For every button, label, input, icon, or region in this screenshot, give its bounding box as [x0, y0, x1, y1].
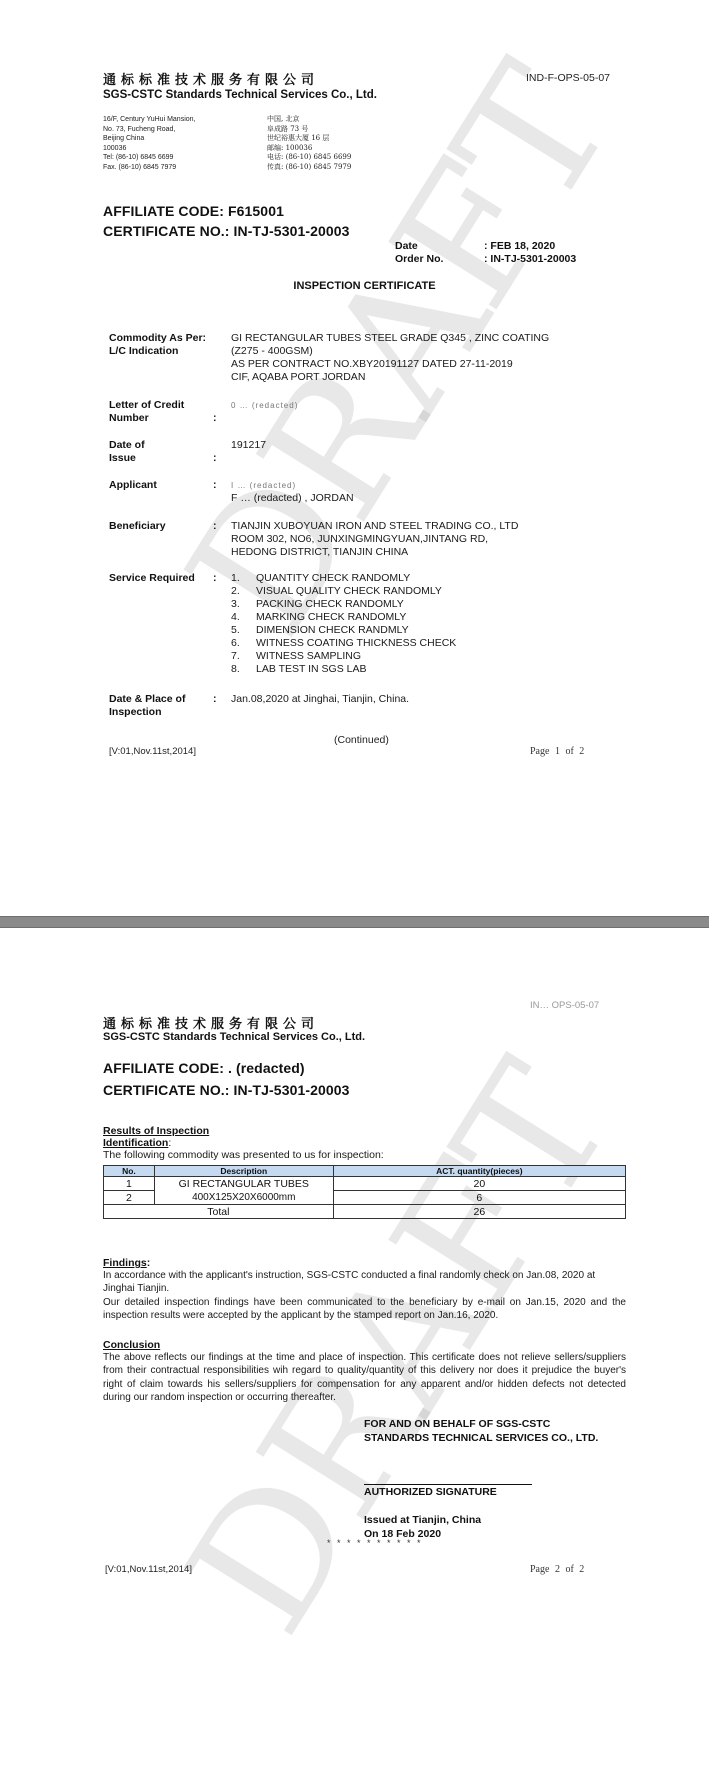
colon: :: [213, 412, 217, 424]
page-number: Page 1 of 2: [530, 746, 584, 757]
column-header-quantity: ACT. quantity(pieces): [333, 1166, 625, 1177]
value-line: TIANJIN XUBOYUAN IRON AND STEEL TRADING …: [231, 520, 518, 533]
issued-place: Issued at Tianjin, China: [364, 1514, 481, 1528]
applicant-line-redacted: I … (redacted): [231, 479, 354, 492]
conclusion-paragraph: The above reflects our findings at the t…: [103, 1351, 626, 1404]
service-text: WITNESS COATING THICKNESS CHECK: [256, 637, 456, 649]
service-item: 2.VISUAL QUALITY CHECK RANDOMLY: [231, 585, 456, 598]
cell-no: 2: [104, 1191, 155, 1205]
conclusion-section: Conclusion The above reflects our findin…: [103, 1339, 626, 1404]
company-name-english: SGS-CSTC Standards Technical Services Co…: [103, 1031, 365, 1043]
results-table: No. Description ACT. quantity(pieces) 1 …: [103, 1165, 626, 1219]
document-title: INSPECTION CERTIFICATE: [0, 280, 709, 292]
date-of-issue-label: Date of Issue: [109, 439, 145, 465]
colon: :: [213, 479, 217, 491]
service-text: VISUAL QUALITY CHECK RANDOMLY: [256, 585, 442, 597]
service-text: WITNESS SAMPLING: [256, 650, 361, 662]
certificate-number: CERTIFICATE NO.: IN-TJ-5301-20003: [103, 223, 350, 239]
conclusion-heading: Conclusion: [103, 1339, 626, 1351]
service-number: 5.: [231, 624, 256, 637]
beneficiary-value: TIANJIN XUBOYUAN IRON AND STEEL TRADING …: [231, 520, 518, 559]
address-line: 邮编: 100036: [267, 144, 351, 154]
service-number: 3.: [231, 598, 256, 611]
value-line: (Z275 - 400GSM): [231, 345, 549, 358]
letter-of-credit-label: Letter of Credit Number: [109, 399, 184, 425]
address-line: 中国, 北京: [267, 115, 351, 125]
colon: :: [213, 452, 217, 464]
service-item: 1.QUANTITY CHECK RANDOMLY: [231, 572, 456, 585]
identification-intro: The following commodity was presented to…: [103, 1149, 384, 1161]
authorized-signature-label: AUTHORIZED SIGNATURE: [364, 1486, 497, 1500]
column-header-no: No.: [104, 1166, 155, 1177]
behalf-line: FOR AND ON BEHALF OF SGS-CSTC: [364, 1418, 598, 1432]
address-line: 电话: (86-10) 6845 6699: [267, 153, 351, 163]
table-header-row: No. Description ACT. quantity(pieces): [104, 1166, 626, 1177]
service-text: PACKING CHECK RANDOMLY: [256, 598, 404, 610]
commodity-value: GI RECTANGULAR TUBES STEEL GRADE Q345 , …: [231, 332, 549, 384]
date-place-label: Date & Place of Inspection: [109, 693, 185, 719]
table-row: 1 GI RECTANGULAR TUBES 400X125X20X6000mm…: [104, 1177, 626, 1191]
value-line: GI RECTANGULAR TUBES STEEL GRADE Q345 , …: [231, 332, 549, 345]
date-value: : FEB 18, 2020: [484, 240, 555, 253]
label-line: Date of: [109, 439, 145, 452]
total-label: Total: [104, 1205, 334, 1219]
colon: :: [168, 1137, 171, 1149]
company-name-english: SGS-CSTC Standards Technical Services Co…: [103, 89, 377, 101]
form-code: IND-F-OPS-05-07: [526, 72, 610, 84]
address-line: Fax. (86-10) 6845 7979: [103, 163, 195, 173]
service-number: 1.: [231, 572, 256, 585]
address-line: Beijing China: [103, 134, 195, 144]
affiliate-code: AFFILIATE CODE: F615001: [103, 203, 284, 219]
service-item: 7.WITNESS SAMPLING: [231, 650, 456, 663]
table-total-row: Total 26: [104, 1205, 626, 1219]
applicant-label: Applicant: [109, 479, 157, 492]
date-label: Date: [395, 240, 484, 253]
service-number: 8.: [231, 663, 256, 676]
colon: :: [213, 693, 217, 705]
findings-heading: Findings: [103, 1257, 147, 1269]
address-line: 100036: [103, 144, 195, 154]
service-number: 6.: [231, 637, 256, 650]
certificate-page-2: DRAFT IN… OPS-05-07 通标标准技术服务有限公司 SGS-CST…: [0, 928, 709, 1772]
commodity-label: Commodity As Per: L/C Indication: [109, 332, 206, 358]
certificate-page-1: DRAFT 通标标准技术服务有限公司 SGS-CSTC Standards Te…: [0, 0, 709, 916]
date-place-value: Jan.08,2020 at Jinghai, Tianjin, China.: [231, 693, 409, 706]
identification-heading-row: Identification:: [103, 1137, 384, 1149]
results-table-wrap: No. Description ACT. quantity(pieces) 1 …: [103, 1165, 626, 1219]
applicant-value: I … (redacted) F … (redacted) , JORDAN: [231, 479, 354, 505]
total-value: 26: [333, 1205, 625, 1219]
signature-line: [364, 1484, 532, 1485]
issued-block: Issued at Tianjin, China On 18 Feb 2020: [364, 1514, 481, 1541]
cell-no: 1: [104, 1177, 155, 1191]
address-chinese: 中国, 北京 阜成路 73 号 世纪裕惠大厦 16 层 邮编: 100036 电…: [267, 115, 351, 172]
address-line: No. 73, Fucheng Road,: [103, 125, 195, 135]
behalf-block: FOR AND ON BEHALF OF SGS-CSTC STANDARDS …: [364, 1418, 598, 1445]
service-text: MARKING CHECK RANDOMLY: [256, 611, 406, 623]
behalf-line: STANDARDS TECHNICAL SERVICES CO., LTD.: [364, 1432, 598, 1446]
version-footer: [V:01,Nov.11st,2014]: [105, 1564, 192, 1575]
date-of-issue-value: 191217: [231, 439, 266, 452]
order-meta: Date : FEB 18, 2020 Order No. : IN-TJ-53…: [395, 240, 576, 266]
form-code-redacted: IN… OPS-05-07: [530, 1000, 599, 1011]
version-footer: [V:01,Nov.11st,2014]: [109, 746, 196, 757]
continued-note: (Continued): [334, 734, 389, 746]
identification-heading: Identification: [103, 1137, 168, 1149]
service-item: 3.PACKING CHECK RANDOMLY: [231, 598, 456, 611]
page-separator: [0, 916, 709, 928]
order-no-label: Order No.: [395, 253, 484, 266]
column-header-description: Description: [154, 1166, 333, 1177]
colon: :: [213, 572, 217, 584]
company-name-chinese: 通标标准技术服务有限公司: [103, 1013, 319, 1032]
value-line: AS PER CONTRACT NO.XBY20191127 DATED 27-…: [231, 358, 549, 371]
colon: :: [147, 1257, 151, 1269]
findings-paragraph: Our detailed inspection findings have be…: [103, 1296, 626, 1323]
company-name-chinese: 通标标准技术服务有限公司: [103, 69, 319, 88]
applicant-line-redacted: F … (redacted) , JORDAN: [231, 492, 354, 505]
certificate-number: CERTIFICATE NO.: IN-TJ-5301-20003: [103, 1082, 350, 1098]
address-line: Tel: (86-10) 6845 6699: [103, 153, 195, 163]
cell-quantity: 6: [333, 1191, 625, 1205]
service-number: 4.: [231, 611, 256, 624]
label-line: Commodity As Per:: [109, 332, 206, 345]
cell-quantity: 20: [333, 1177, 625, 1191]
colon: :: [213, 520, 217, 532]
description-line: GI RECTANGULAR TUBES: [155, 1178, 333, 1191]
address-english: 16/F, Century YuHui Mansion, No. 73, Fuc…: [103, 115, 195, 172]
value-line: ROOM 302, NO6, JUNXINGMINGYUAN,JINTANG R…: [231, 533, 518, 546]
asterisk-divider: * * * * * * * * * *: [327, 1538, 423, 1548]
letter-of-credit-value-redacted: 0 … (redacted): [231, 399, 298, 412]
service-item: 4.MARKING CHECK RANDOMLY: [231, 611, 456, 624]
label-line: Issue: [109, 452, 145, 465]
address-line: 传真: (86-10) 6845 7979: [267, 163, 351, 173]
cell-description: GI RECTANGULAR TUBES 400X125X20X6000mm: [154, 1177, 333, 1205]
address-line: 16/F, Century YuHui Mansion,: [103, 115, 195, 125]
service-item: 5.DIMENSION CHECK RANDMLY: [231, 624, 456, 637]
service-text: LAB TEST IN SGS LAB: [256, 663, 367, 675]
order-no-value: : IN-TJ-5301-20003: [484, 253, 576, 266]
service-item: 8.LAB TEST IN SGS LAB: [231, 663, 456, 676]
service-number: 7.: [231, 650, 256, 663]
description-line: 400X125X20X6000mm: [155, 1191, 333, 1204]
service-number: 2.: [231, 585, 256, 598]
value-line: CIF, AQABA PORT JORDAN: [231, 371, 549, 384]
results-section: Results of Inspection Identification: Th…: [103, 1125, 384, 1161]
service-required-label: Service Required: [109, 572, 195, 585]
page-number: Page 2 of 2: [530, 1564, 584, 1575]
findings-paragraph: In accordance with the applicant's instr…: [103, 1269, 626, 1296]
findings-section: Findings: In accordance with the applica…: [103, 1257, 626, 1322]
service-text: DIMENSION CHECK RANDMLY: [256, 624, 409, 636]
service-text: QUANTITY CHECK RANDOMLY: [256, 572, 410, 584]
value-line: HEDONG DISTRICT, TIANJIN CHINA: [231, 546, 518, 559]
label-line: Number: [109, 412, 184, 425]
affiliate-code-redacted: AFFILIATE CODE: . (redacted): [103, 1060, 305, 1076]
label-line: L/C Indication: [109, 345, 206, 358]
label-line: Letter of Credit: [109, 399, 184, 412]
service-item: 6.WITNESS COATING THICKNESS CHECK: [231, 637, 456, 650]
address-line: 阜成路 73 号: [267, 125, 351, 135]
findings-heading-row: Findings:: [103, 1257, 626, 1269]
label-line: Inspection: [109, 706, 185, 719]
address-line: 世纪裕惠大厦 16 层: [267, 134, 351, 144]
results-heading: Results of Inspection: [103, 1125, 384, 1137]
service-list: 1.QUANTITY CHECK RANDOMLY 2.VISUAL QUALI…: [231, 572, 456, 676]
beneficiary-label: Beneficiary: [109, 520, 166, 533]
label-line: Date & Place of: [109, 693, 185, 706]
